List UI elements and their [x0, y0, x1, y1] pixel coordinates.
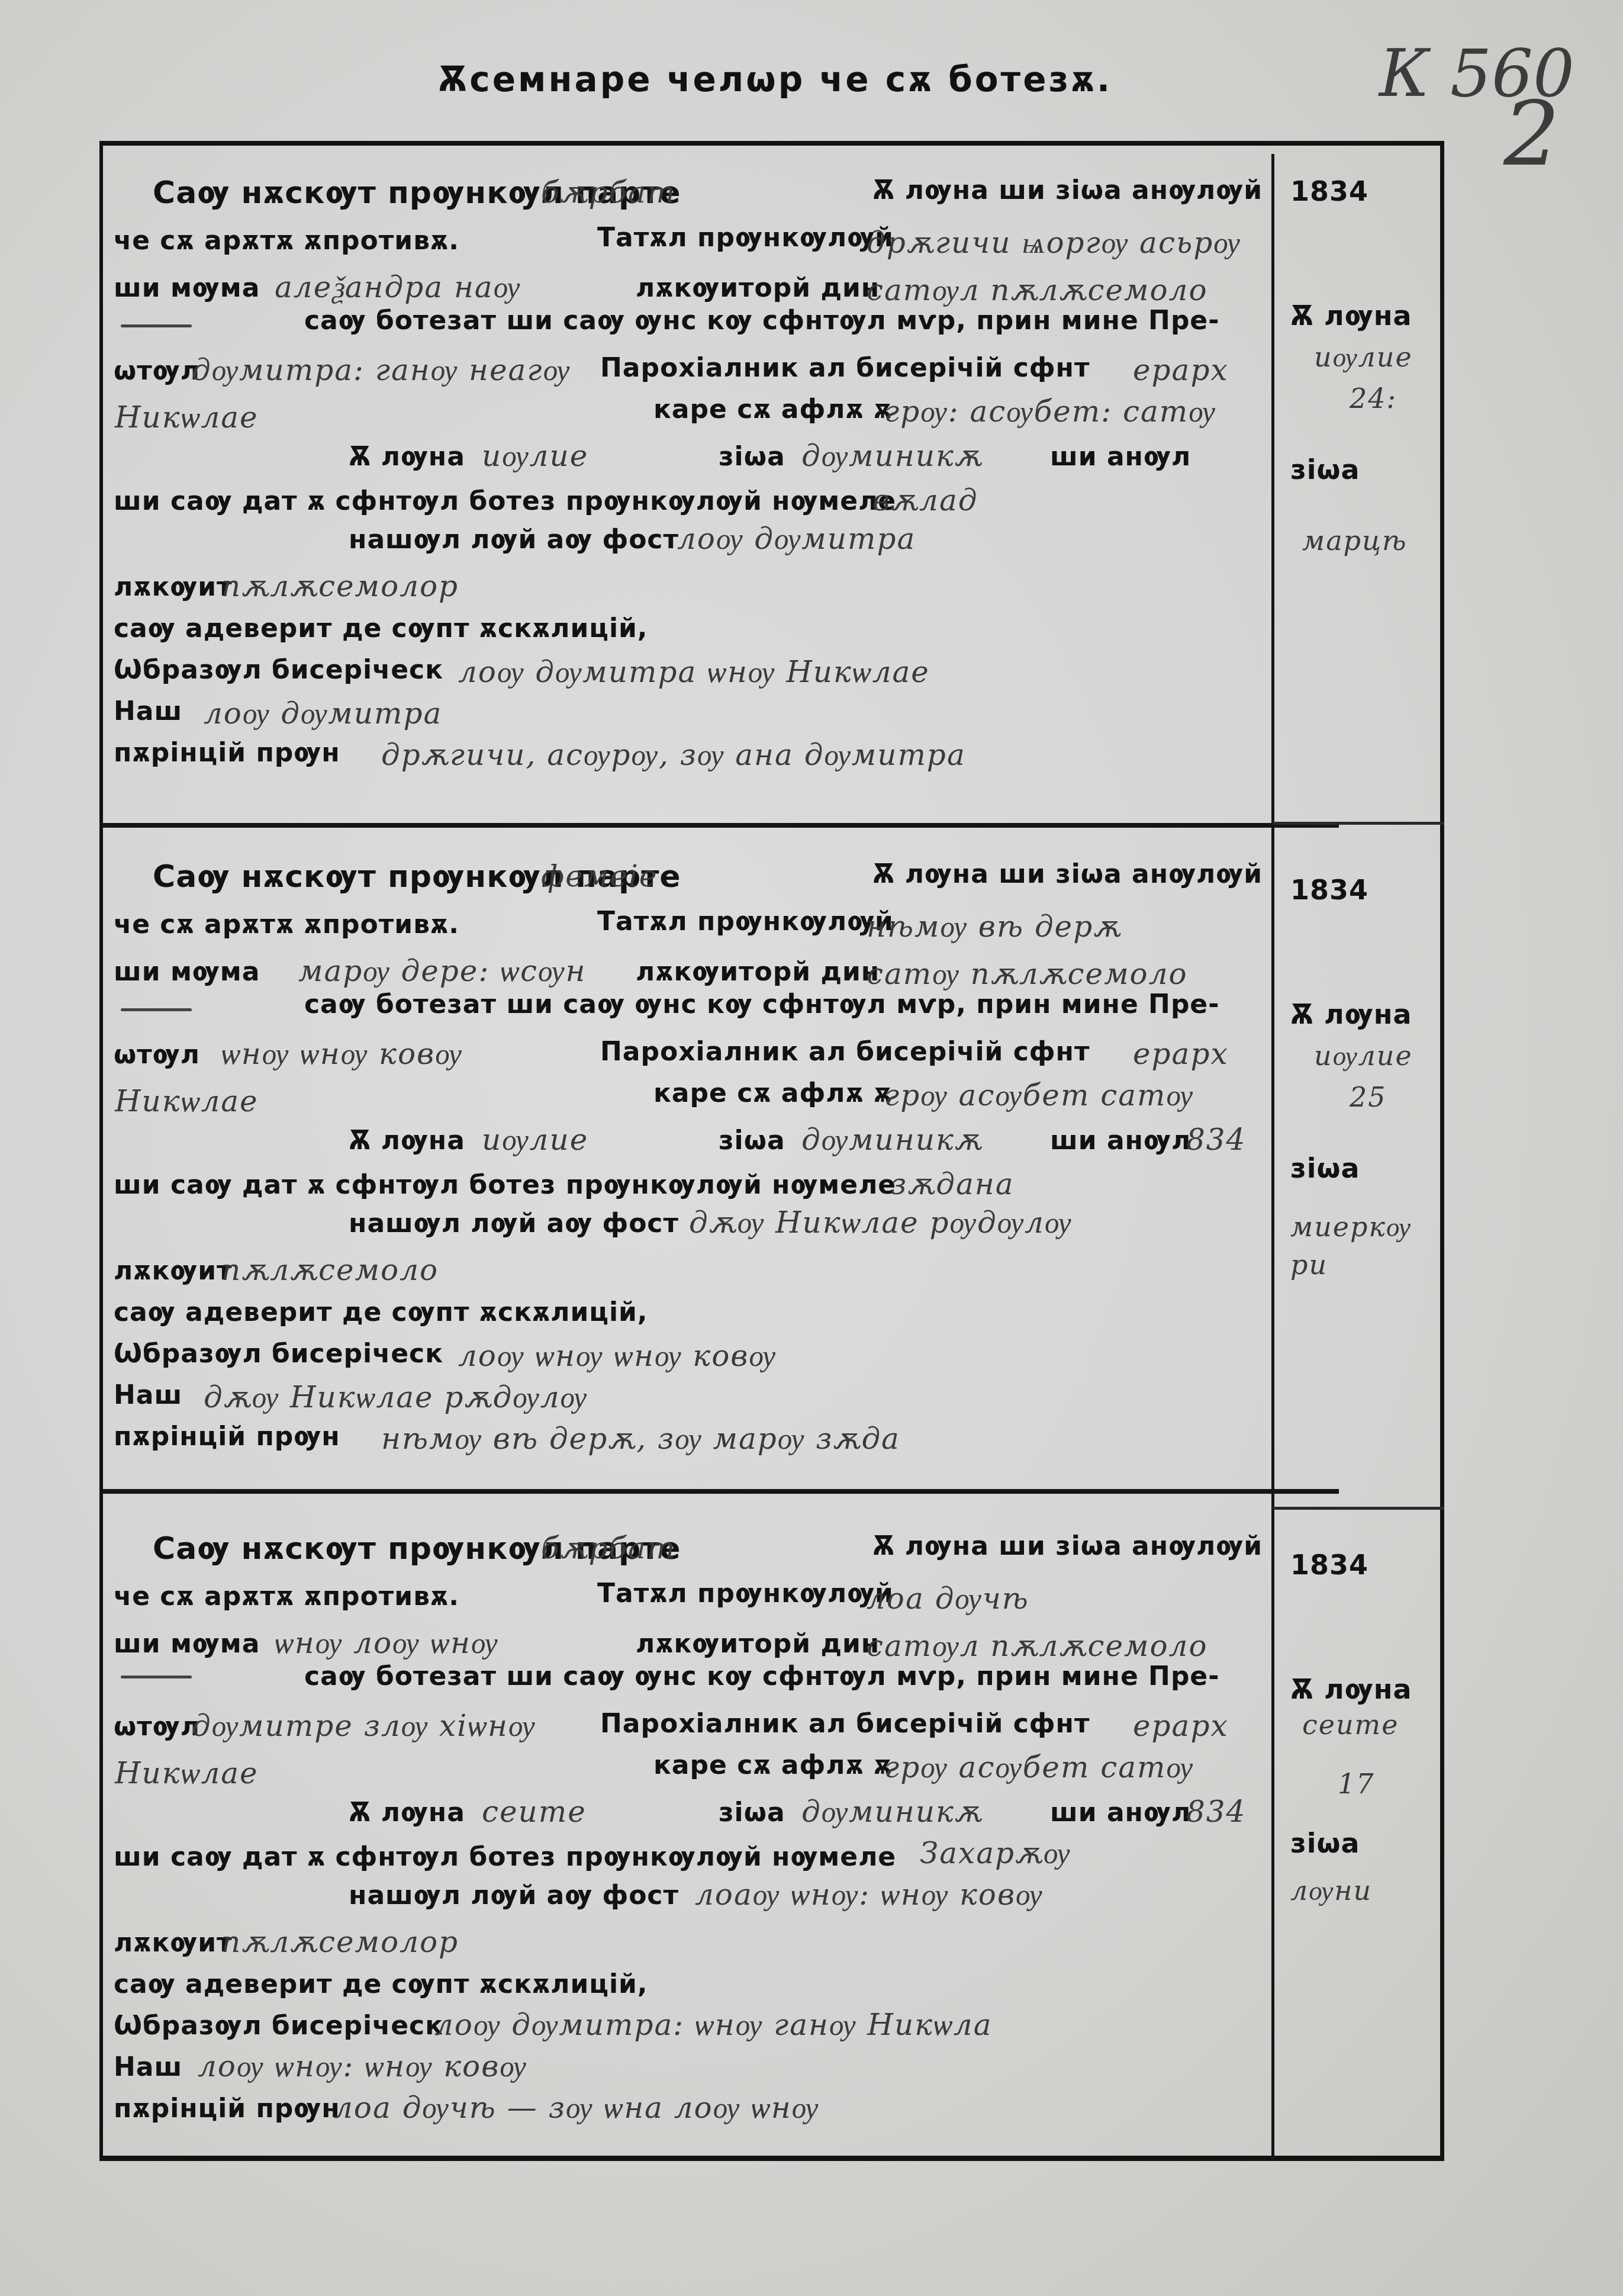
label-day: зіѡа: [719, 1128, 785, 1154]
side-day-number: 24:: [1350, 385, 1397, 412]
label-baptized-by: саѹ ботезат ши саѹ ѹнс кѹ сфнтѹл мѵр, пр…: [304, 308, 1219, 334]
label-and-year: ши анѹл: [1050, 444, 1191, 470]
baptism-name: вѫлад: [872, 485, 978, 515]
residence: сатѹ пѫлѫсемоло: [867, 959, 1188, 989]
label-mother: ши мѹма: [114, 1631, 260, 1657]
label-attested: саѹ адеверит де сѹпт ѫскѫлицій,: [114, 1300, 648, 1326]
label-located-in: каре сѫ афлѫ ѫ: [653, 1752, 892, 1779]
label-given-name: ши саѹ дат ѫ сфнтѹл ботез прѹнкѹлѹй нѹме…: [114, 488, 896, 514]
baptism-month: иѹлие: [482, 441, 588, 471]
mother-name: алеѯандра наѹ: [275, 272, 521, 302]
baptism-month: иѹлие: [482, 1125, 588, 1155]
child-sex: бѫрбат: [541, 1533, 676, 1563]
parents-names: дрѫгичи, асѹрѹ, зѹ ана дѹмитра: [381, 740, 966, 770]
residence: сатѹл пѫлѫсемоло: [867, 1631, 1207, 1661]
side-day-name: лѹни: [1290, 1877, 1372, 1904]
label-mother: ши мѹма: [114, 959, 260, 985]
baptism-day: дѹминикѫ: [801, 441, 983, 471]
label-residents-of: лѫкѹиторй дин: [636, 959, 880, 985]
label-church-rep: Ѡбразѹл бисеріческ: [114, 1341, 443, 1367]
side-month: иѹлие: [1314, 343, 1413, 371]
side-separator: [1273, 1507, 1444, 1510]
side-label-day: зіѡа: [1290, 1155, 1360, 1182]
sheet-number-note: 2: [1503, 83, 1560, 186]
godfather-name: дѫѹ Никѡлае рѹдѹлѹ: [689, 1208, 1072, 1237]
church-rep-name: лоѹ дѹмитра ѡнѹ Никѡлае: [458, 657, 930, 687]
label-resident: лѫкѹит: [114, 1258, 233, 1284]
label-in-month: Ѫ лѹна: [349, 1128, 465, 1154]
label-priest: ѡтѹл: [114, 1042, 200, 1068]
godfather-residence: пѫлѫсемолор: [221, 1927, 459, 1957]
church-rep-name: лоѹ ѡнѹ ѡнѹ ковѹ: [458, 1341, 777, 1371]
side-label-month: Ѫ лѹна: [1290, 1001, 1412, 1028]
label-father: Татѫл прѹнкѹлѹй: [597, 909, 894, 935]
label-resident: лѫкѹит: [114, 1930, 233, 1956]
label-located-in: каре сѫ афлѫ ѫ: [653, 397, 892, 423]
baptism-month: сеите: [482, 1797, 587, 1826]
record-separator: [102, 1489, 1339, 1494]
godfather-name: лоаѹ ѡнѹ: ѡнѹ ковѹ: [695, 1880, 1043, 1909]
label-day: зіѡа: [719, 444, 785, 470]
label-given-name: ши саѹ дат ѫ сфнтѹл ботез прѹнкѹлѹй нѹме…: [114, 1844, 896, 1870]
label-parents: пѫрінцій прѹн: [114, 1424, 340, 1450]
label-godparent: Наш: [114, 1382, 182, 1409]
label-church-rep: Ѡбразѹл бисеріческ: [114, 2013, 443, 2039]
priest-name-cont: Никѡлае: [115, 1086, 259, 1116]
parents-names: нѣмѹ вѣ дерѫ, зѹ марѹ зѫда: [381, 1424, 900, 1454]
residence: сатѹл пѫлѫсемоло: [867, 275, 1207, 305]
label-father: Татѫл прѹнкѹлѹй: [597, 1581, 894, 1607]
priest-name-cont: Никѡлае: [115, 1758, 259, 1788]
label-parish-priest: Парохіалник ал бисерічій сфнт: [600, 1039, 1090, 1065]
label-baptized-by: саѹ ботезат ши саѹ ѹнс кѹ сфнтѹл мѵр, пр…: [304, 1664, 1219, 1690]
baptism-day: дѹминикѫ: [801, 1125, 983, 1155]
label-parents: пѫрінцій прѹн: [114, 2096, 340, 2122]
church-rep-name: лоѹ дѹмитра: ѡнѹ ганѹ Никѡла: [434, 2010, 992, 2040]
side-day-number: 25: [1350, 1083, 1387, 1111]
label-month-day-year: Ѫ лѹна ши зіѡа анѹлѹй: [872, 1533, 1263, 1559]
mother-name: марѹ дере: ѡсѹн: [298, 956, 586, 986]
church-location: грѹ асѹбет сатѹ: [884, 1081, 1194, 1110]
label-attested: саѹ адеверит де сѹпт ѫскѫлицій,: [114, 1972, 648, 1998]
label-church-rep: Ѡбразѹл бисеріческ: [114, 657, 443, 683]
church-location: грѹ асѹбет сатѹ: [884, 1752, 1194, 1782]
label-in-month: Ѫ лѹна: [349, 444, 465, 470]
year: 1834: [1290, 178, 1368, 205]
label-shown-below: че сѫ арѫтѫ ѫпротивѫ.: [114, 228, 459, 254]
label-parents: пѫрінцій прѹн: [114, 740, 340, 766]
label-attested: саѹ адеверит де сѹпт ѫскѫлицій,: [114, 616, 648, 642]
label-priest: ѡтѹл: [114, 1714, 200, 1740]
page-title: Ѫсемнаре челѡр че сѫ ботезѫ.: [438, 59, 1148, 99]
record-separator: [102, 823, 1339, 828]
child-sex: бѫрбат: [541, 178, 676, 207]
side-label-month: Ѫ лѹна: [1290, 302, 1412, 329]
baptism-name: зѫдана: [890, 1169, 1015, 1199]
godfather-residence: пѫлѫсемолор: [221, 571, 459, 601]
side-month: иѹлие: [1314, 1042, 1413, 1069]
label-day: зіѡа: [719, 1800, 785, 1826]
side-day-name: миеркѹ ри: [1290, 1208, 1426, 1284]
label-located-in: каре сѫ афлѫ ѫ: [653, 1081, 892, 1107]
godparent-name: лоѹ ѡнѹ: ѡнѹ ковѹ: [198, 2051, 527, 2081]
label-resident: лѫкѹит: [114, 574, 233, 600]
label-godfather: нашѹл лѹй аѹ фост: [349, 527, 679, 553]
label-and-year: ши анѹл: [1050, 1128, 1191, 1154]
godparent-name: дѫѹ Никѡлае рѫдѹлѹ: [204, 1382, 588, 1412]
side-separator: [1273, 822, 1444, 825]
label-godparent: Наш: [114, 699, 182, 725]
label-father: Татѫл прѹнкѹлѹй: [597, 225, 894, 251]
year: 1834: [1290, 1551, 1368, 1578]
father-name: лоа дѹчѣ: [867, 1584, 1029, 1613]
side-label-month: Ѫ лѹна: [1290, 1676, 1412, 1703]
godfather-name: лоѹ дѹмитра: [677, 524, 916, 554]
register-page: Ѫсемнаре челѡр че сѫ ботезѫ. К 560 2 Саѹ…: [0, 0, 1623, 2296]
church-saint: ерарх: [1133, 1711, 1229, 1741]
baptism-name: Захарѫѹ: [920, 1838, 1071, 1868]
label-month-day-year: Ѫ лѹна ши зіѡа анѹлѹй: [872, 861, 1263, 887]
label-month-day-year: Ѫ лѹна ши зіѡа анѹлѹй: [872, 178, 1263, 204]
baptism-day: дѹминикѫ: [801, 1797, 983, 1826]
label-parish-priest: Парохіалник ал бисерічій сфнт: [600, 355, 1090, 381]
label-baptized-by: саѹ ботезат ши саѹ ѹнс кѹ сфнтѹл мѵр, пр…: [304, 992, 1219, 1018]
label-parish-priest: Парохіалник ал бисерічій сфнт: [600, 1711, 1090, 1737]
side-day-number: 17: [1338, 1770, 1375, 1797]
label-godfather: нашѹл лѹй аѹ фост: [349, 1883, 679, 1909]
father-name: нѣмѹ вѣ дерѫ: [867, 912, 1122, 941]
priest-name: дѹмитра: ганѹ неагѹ: [192, 355, 571, 385]
date-column-divider: [1271, 154, 1274, 2161]
baptism-year: 834: [1186, 1797, 1246, 1826]
label-priest: ѡтѹл: [114, 358, 200, 384]
parents-names: лоа дѹчѣ — зѹ ѡна лоѹ ѡнѹ: [334, 2093, 819, 2123]
side-label-day: зіѡа: [1290, 1829, 1360, 1857]
label-residents-of: лѫкѹиторй дин: [636, 1631, 880, 1657]
church-saint: ерарх: [1133, 1039, 1229, 1069]
year: 1834: [1290, 876, 1368, 903]
label-given-name: ши саѹ дат ѫ сфнтѹл ботез прѹнкѹлѹй нѹме…: [114, 1172, 896, 1198]
label-mother: ши мѹма: [114, 275, 260, 301]
godfather-residence: пѫлѫсемоло: [221, 1255, 439, 1285]
side-day-name: марцѣ: [1302, 527, 1408, 554]
mother-name: ѡнѹ лоѹ ѡнѹ: [275, 1628, 498, 1658]
godparent-name: лоѹ дѹмитра: [204, 699, 442, 728]
label-godparent: Наш: [114, 2054, 182, 2080]
child-sex: фемеie: [541, 861, 658, 891]
church-saint: ерарх: [1133, 355, 1229, 385]
label-shown-below: че сѫ арѫтѫ ѫпротивѫ.: [114, 1584, 459, 1610]
priest-name: дѹмитре злѹ хіѡнѹ: [192, 1711, 536, 1741]
label-residents-of: лѫкѹиторй дин: [636, 275, 880, 301]
label-shown-below: че сѫ арѫтѫ ѫпротивѫ.: [114, 912, 459, 938]
side-month: сеите: [1302, 1711, 1399, 1738]
label-godfather: нашѹл лѹй аѹ фост: [349, 1211, 679, 1237]
father-name: дрѫгичи ѩоргѹ асьрѹ: [867, 228, 1241, 258]
label-in-month: Ѫ лѹна: [349, 1800, 465, 1826]
label-and-year: ши анѹл: [1050, 1800, 1191, 1826]
priest-name: ѡнѹ ѡнѹ ковѹ: [221, 1039, 463, 1069]
church-location: грѹ: асѹбет: сатѹ: [884, 397, 1216, 426]
priest-name-cont: Никѡлае: [115, 403, 259, 432]
baptism-year: 834: [1186, 1125, 1246, 1155]
side-label-day: зіѡа: [1290, 456, 1360, 483]
